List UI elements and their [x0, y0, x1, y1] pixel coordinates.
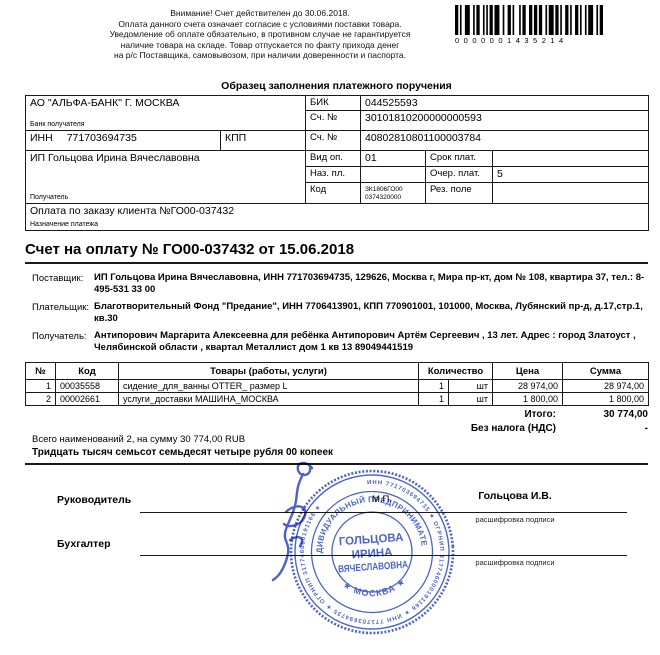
- receiver-value: Антипорович Маргарита Алексеевна для реб…: [94, 330, 650, 354]
- recipient-cell: ИП Гольцова Ирина Вячеславовна Получател…: [26, 151, 306, 204]
- recipient-name: ИП Гольцова Ирина Вячеславовна: [30, 152, 301, 164]
- acc-value: 40802810801100003784: [361, 131, 649, 151]
- acc-label: Сч. №: [306, 131, 361, 151]
- payment-order-table: АО "АЛЬФА-БАНК" Г. МОСКВА Банк получател…: [25, 95, 649, 231]
- warning-line: наличие товара на складе. Товар отпускае…: [46, 40, 474, 51]
- inn-value: 771703694735: [67, 132, 137, 144]
- purpose-text: Оплата по заказу клиента №ГО00-037432: [30, 205, 644, 217]
- kod-label: Код: [306, 183, 361, 204]
- payment-order-title: Образец заполнения платежного поручения: [25, 80, 648, 92]
- bank-sublabel: Банк получателя: [30, 121, 85, 129]
- itogo-value: 30 774,00: [556, 409, 648, 420]
- payer-label: Плательщик:: [32, 301, 94, 325]
- item-num: 1: [26, 380, 56, 393]
- totals-block: Итого: 30 774,00 Без налога (НДС) -: [380, 409, 648, 437]
- ocher-label: Очер. плат.: [426, 167, 493, 183]
- nds-row: Без налога (НДС) -: [380, 423, 648, 434]
- item-num: 2: [26, 393, 56, 406]
- kpp-label: КПП: [221, 131, 306, 151]
- item-name: сидение_для_ванны OTTER_ размер L: [119, 380, 419, 393]
- director-autograph: [240, 454, 340, 589]
- receiver-label: Получатель:: [32, 330, 94, 354]
- director-label: Руководитель: [57, 494, 131, 506]
- table-row: 1 00035558 сидение_для_ванны OTTER_ разм…: [26, 380, 649, 393]
- item-price: 1 800,00: [493, 393, 563, 406]
- item-qty: 1: [419, 380, 449, 393]
- purpose-sublabel: Назначение платежа: [30, 221, 98, 229]
- bik-value: 044525593: [361, 96, 649, 111]
- naz-pl-label: Наз. пл.: [306, 167, 361, 183]
- supplier-row: Поставщик: ИП Гольцова Ирина Вячеславовн…: [32, 272, 650, 296]
- accountant-label: Бухгалтер: [57, 538, 111, 550]
- itogo-label: Итого:: [524, 409, 556, 420]
- barcode-digits: 0000001435214: [455, 36, 607, 45]
- decipher-label: расшифровка подписи: [455, 558, 575, 567]
- decipher-label: расшифровка подписи: [455, 515, 575, 524]
- srok-label: Срок плат.: [426, 151, 493, 167]
- stamp-bottom-ring-text: ★ МОСКВА ★: [340, 575, 408, 600]
- item-unit: шт: [449, 393, 493, 406]
- warning-line: Оплата данного счета означает согласие с…: [46, 19, 474, 30]
- kod-line2: 0374320000: [365, 194, 421, 202]
- barcode-bars-icon: [455, 5, 605, 35]
- naz-pl-value: [361, 167, 426, 183]
- autograph-loop-icon: [298, 463, 312, 475]
- title-divider: [25, 262, 648, 264]
- srok-value: [493, 151, 649, 167]
- autograph-tail-icon: [290, 537, 302, 546]
- col-code: Код: [56, 363, 119, 380]
- col-price: Цена: [493, 363, 563, 380]
- stamp-center-line2: ИРИНА: [351, 547, 393, 562]
- col-num: №: [26, 363, 56, 380]
- supplier-label: Поставщик:: [32, 272, 94, 296]
- director-name: Гольцова И.В.: [455, 490, 575, 502]
- item-code: 00002661: [56, 393, 119, 406]
- purpose-cell: Оплата по заказу клиента №ГО00-037432 На…: [26, 204, 649, 231]
- nds-value: -: [556, 423, 648, 434]
- invoice-barcode: 0000001435214: [455, 5, 607, 45]
- warning-line: на р/с Поставщика, самовывозом, при нали…: [46, 50, 474, 61]
- item-code: 00035558: [56, 380, 119, 393]
- item-name: услуги_доставки МАШИНА_МОСКВА: [119, 393, 419, 406]
- item-sum: 28 974,00: [563, 380, 649, 393]
- items-table: № Код Товары (работы, услуги) Количество…: [25, 362, 649, 406]
- bank-cell: АО "АЛЬФА-БАНК" Г. МОСКВА Банк получател…: [26, 96, 306, 131]
- item-unit: шт: [449, 380, 493, 393]
- recipient-sublabel: Получатель: [30, 194, 68, 202]
- bik-label: БИК: [306, 96, 361, 111]
- col-name: Товары (работы, услуги): [119, 363, 419, 380]
- corr-acc-label: Сч. №: [306, 111, 361, 131]
- validity-warning: Внимание! Счет действителен до 30.06.201…: [46, 8, 474, 61]
- item-qty: 1: [419, 393, 449, 406]
- items-header-row: № Код Товары (работы, услуги) Количество…: [26, 363, 649, 380]
- receiver-row: Получатель: Антипорович Маргарита Алексе…: [32, 330, 650, 354]
- kod-line1: ЗК1806ГО00: [365, 186, 421, 194]
- vid-op-value: 01: [361, 151, 426, 167]
- ocher-value: 5: [493, 167, 649, 183]
- warning-line: Уведомление об оплате обязательно, в про…: [46, 29, 474, 40]
- inn-label: ИНН: [30, 132, 53, 144]
- items-count-line: Всего наименований 2, на сумму 30 774,00…: [32, 434, 245, 445]
- vid-op-label: Вид оп.: [306, 151, 361, 167]
- supplier-value: ИП Гольцова Ирина Вячеславовна, ИНН 7717…: [94, 272, 650, 296]
- nds-label: Без налога (НДС): [471, 423, 556, 434]
- stamp-center-line3: ВЯЧЕСЛАВОВНА: [338, 560, 409, 576]
- table-row: 2 00002661 услуги_доставки МАШИНА_МОСКВА…: [26, 393, 649, 406]
- warning-line: Внимание! Счет действителен до 30.06.201…: [46, 8, 474, 19]
- payer-value: Благотворительный Фонд "Предание", ИНН 7…: [94, 301, 650, 325]
- total-row: Итого: 30 774,00: [380, 409, 648, 420]
- inn-cell: ИНН771703694735: [26, 131, 221, 151]
- signature-section: Руководитель М.П. Гольцова И.В. расшифро…: [0, 466, 660, 655]
- bank-name: АО "АЛЬФА-БАНК" Г. МОСКВА: [30, 97, 301, 109]
- kod-value: ЗК1806ГО00 0374320000: [361, 183, 426, 204]
- item-price: 28 974,00: [493, 380, 563, 393]
- corr-acc-value: 30101810200000000593: [361, 111, 649, 131]
- invoice-title: Счет на оплату № ГО00-037432 от 15.06.20…: [25, 241, 354, 258]
- rez-label: Рез. поле: [426, 183, 493, 204]
- rez-value: [493, 183, 649, 204]
- payer-row: Плательщик: Благотворительный Фонд "Пред…: [32, 301, 650, 325]
- item-sum: 1 800,00: [563, 393, 649, 406]
- col-qty: Количество: [419, 363, 493, 380]
- parties-info: Поставщик: ИП Гольцова Ирина Вячеславовн…: [32, 272, 650, 359]
- col-sum: Сумма: [563, 363, 649, 380]
- stamp-center-line1: ГОЛЬЦОВА: [338, 532, 403, 548]
